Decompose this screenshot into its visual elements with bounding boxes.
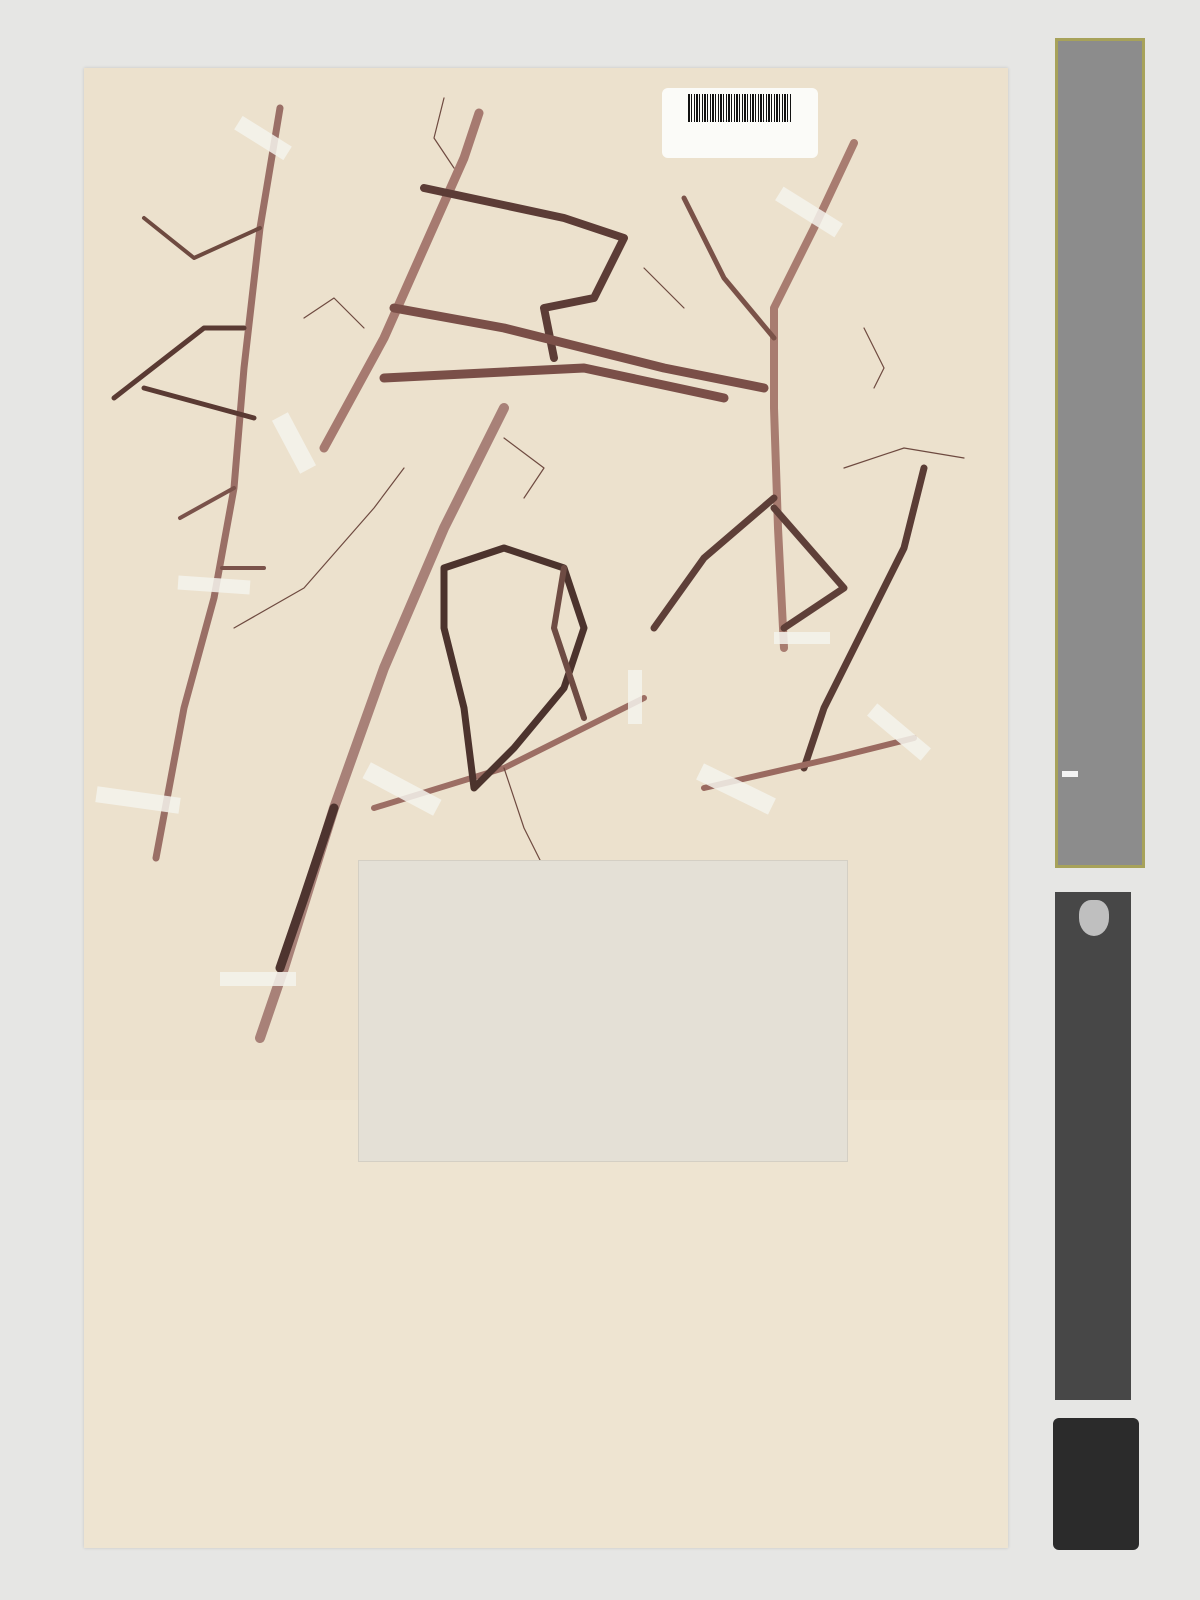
mounting-tape (774, 632, 830, 644)
plant-specimen (84, 68, 1008, 1548)
color-checker-card (1053, 1418, 1139, 1550)
mounting-tape (628, 670, 642, 724)
specimen-label (358, 860, 848, 1162)
kew-scale-bar (1055, 892, 1131, 1400)
color-calibration-bar (1055, 38, 1145, 868)
barcode-label (662, 88, 818, 158)
ruler-id (1062, 771, 1078, 777)
kew-crest-icon (1079, 900, 1109, 936)
barcode (688, 94, 792, 122)
herbarium-sheet (84, 68, 1008, 1548)
mounting-tape (220, 972, 296, 986)
